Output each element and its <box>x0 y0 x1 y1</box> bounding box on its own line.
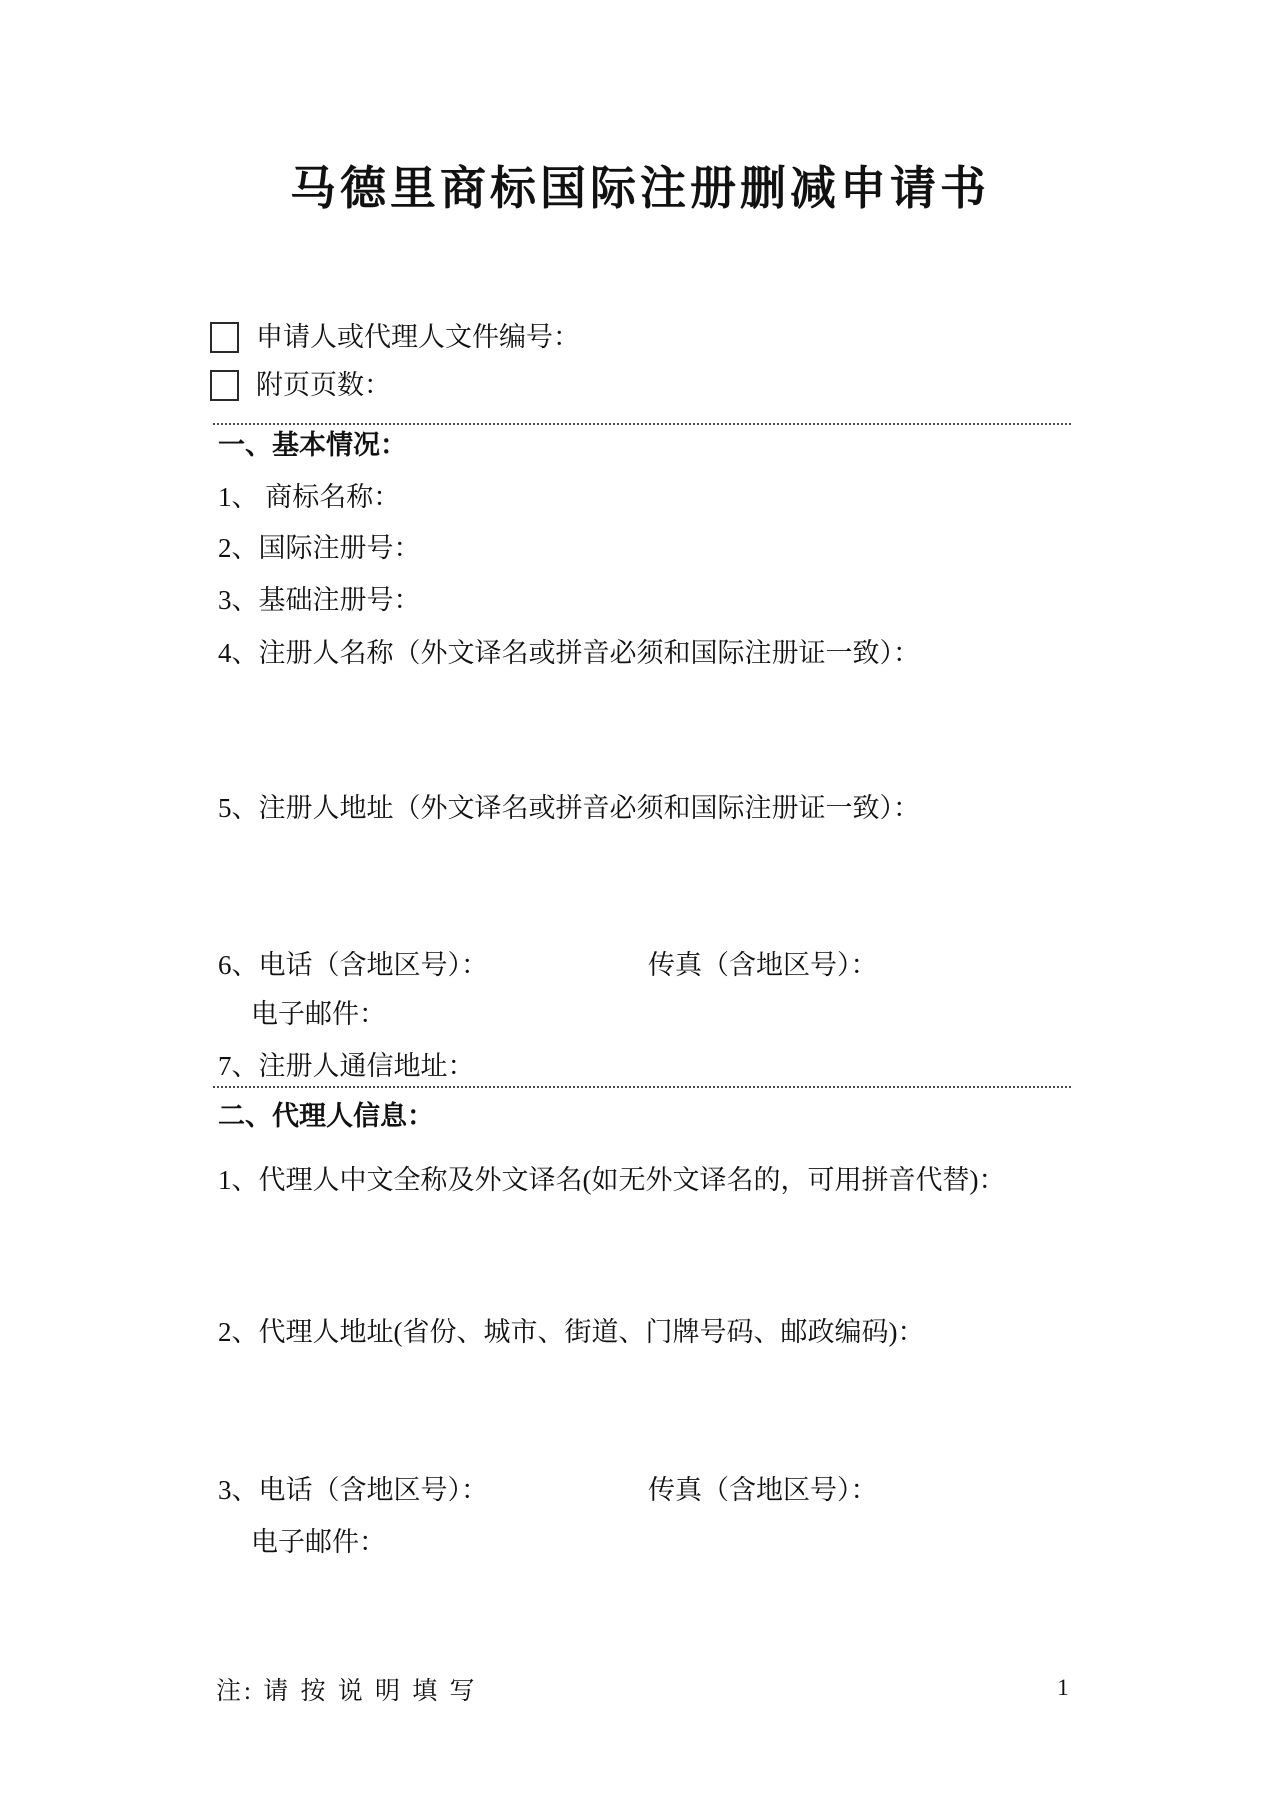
dotted-divider-middle <box>213 1086 1071 1088</box>
agent-name-label: 1、代理人中文全称及外文译名(如无外文译名的，可用拼音代替)： <box>218 1163 1005 1197</box>
registrant-email-label: 电子邮件： <box>251 997 386 1031</box>
agent-phone-label: 3、电话（含地区号）： <box>218 1473 488 1507</box>
attachment-pages-checkbox[interactable] <box>210 370 239 401</box>
agent-fax-label: 传真（含地区号）： <box>648 1473 878 1507</box>
trademark-name-label: 1、 商标名称： <box>218 480 400 514</box>
attachment-pages-label: 附页页数： <box>256 368 391 402</box>
file-number-checkbox[interactable] <box>210 322 239 353</box>
basic-reg-number-label: 3、基础注册号： <box>218 583 421 617</box>
registrant-address-label: 5、注册人地址（外文译名或拼音必须和国际注册证一致）： <box>218 791 920 825</box>
file-number-row: 申请人或代理人文件编号： <box>210 320 580 354</box>
agent-email-label: 电子邮件： <box>251 1525 386 1559</box>
registrant-fax-label: 传真（含地区号）： <box>648 948 878 982</box>
section-basic-heading: 一、基本情况： <box>218 428 407 462</box>
section-agent-heading: 二、代理人信息： <box>218 1099 434 1133</box>
correspondence-address-label: 7、注册人通信地址： <box>218 1049 475 1083</box>
intl-reg-number-label: 2、国际注册号： <box>218 531 421 565</box>
registrant-name-label: 4、注册人名称（外文译名或拼音必须和国际注册证一致）： <box>218 636 920 670</box>
page-number: 1 <box>1048 1671 1078 1705</box>
file-number-label: 申请人或代理人文件编号： <box>256 320 580 354</box>
agent-address-label: 2、代理人地址(省份、城市、街道、门牌号码、邮政编码)： <box>218 1315 924 1349</box>
page-title: 马德里商标国际注册删减申请书 <box>0 160 1280 218</box>
dotted-divider-top <box>213 423 1071 425</box>
document-page: 马德里商标国际注册删减申请书 申请人或代理人文件编号： 附页页数： 一、基本情况… <box>0 0 1280 1810</box>
registrant-phone-label: 6、电话（含地区号）： <box>218 948 488 982</box>
footer-note: 注: 请 按 说 明 填 写 <box>216 1675 477 1709</box>
attachment-pages-row: 附页页数： <box>210 368 391 402</box>
